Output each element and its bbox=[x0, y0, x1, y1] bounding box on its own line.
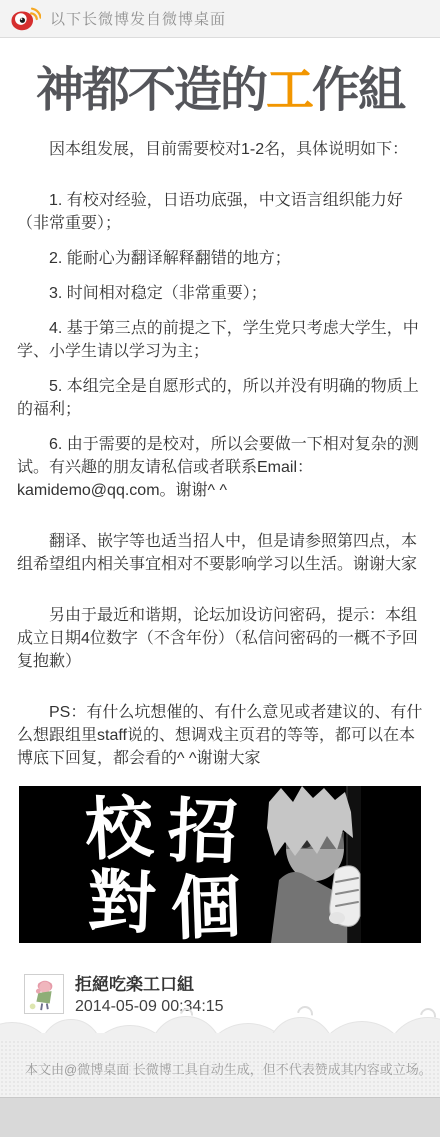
post-paragraph: 因本组发展，目前需要校对1-2名，具体说明如下： bbox=[17, 138, 423, 161]
post-paragraph: 6. 由于需要的是校对，所以会要做一下相对复杂的测试。有兴趣的朋友请私信或者联系… bbox=[17, 433, 423, 502]
header-caption: 以下长微博发自微博桌面 bbox=[50, 8, 226, 29]
author-name: 拒絕吃楽工口組 bbox=[75, 974, 224, 996]
banner-calligraphy-char: 對 bbox=[86, 862, 157, 943]
banner-calligraphy-char: 招 bbox=[166, 789, 239, 874]
recruit-banner-graphic: 校 對 招 個 bbox=[19, 786, 421, 943]
post-paragraph: 3. 时间相对稳定（非常重要）； bbox=[17, 282, 423, 305]
disclaimer-text: 本文由@微博桌面 长微博工具自动生成，但不代表赞成其内容或立场。 bbox=[25, 1059, 432, 1078]
post-paragraph: PS：有什么坑想催的、有什么意见或者建议的、有什么想跟组里staff说的、想调戏… bbox=[17, 701, 423, 770]
recruit-banner-image: 校 對 招 個 bbox=[19, 786, 421, 943]
post-paragraph: 4. 基于第三点的前提之下，学生党只考虑大学生，中学、小学生请以学习为主； bbox=[17, 317, 423, 363]
weibo-logo-icon bbox=[11, 6, 41, 32]
post-paragraph: 1. 有校对经验，日语功底强，中文语言组织能力好（非常重要）； bbox=[17, 189, 423, 235]
post-paragraph: 另由于最近和谐期，论坛加设访问密码，提示：本组成立日期4位数字（不含年份）（私信… bbox=[17, 604, 423, 673]
logo-title-suffix: 作組 bbox=[312, 62, 404, 118]
bottom-strip bbox=[0, 1097, 440, 1137]
logo-title-accent: 工 bbox=[266, 62, 312, 118]
header-bar: 以下长微博发自微博桌面 bbox=[0, 0, 440, 38]
anime-character-art bbox=[267, 786, 361, 943]
cloud-border bbox=[0, 1006, 440, 1040]
post-body: 因本组发展，目前需要校对1-2名，具体说明如下： 1. 有校对经验，日语功底强，… bbox=[0, 118, 440, 770]
post-card: 神都不造的工作組 因本组发展，目前需要校对1-2名，具体说明如下： 1. 有校对… bbox=[0, 38, 440, 1040]
post-paragraph: 2. 能耐心为翻译解释翻错的地方； bbox=[17, 247, 423, 270]
post-paragraph: 5. 本组完全是自愿形式的，所以并没有明确的物质上的福利； bbox=[17, 375, 423, 421]
post-paragraph: 翻译、嵌字等也适当招人中，但是请参照第四点，本组希望组内相关事宜相对不要影响学习… bbox=[17, 530, 423, 576]
banner-calligraphy-char: 校 bbox=[83, 787, 157, 871]
group-logo-title: 神都不造的工作組 bbox=[0, 64, 440, 118]
disclaimer-bar: 本文由@微博桌面 长微博工具自动生成，但不代表赞成其内容或立场。 bbox=[0, 1040, 440, 1097]
banner-calligraphy-char: 個 bbox=[170, 865, 243, 943]
logo-title-prefix: 神都不造的 bbox=[36, 62, 266, 118]
